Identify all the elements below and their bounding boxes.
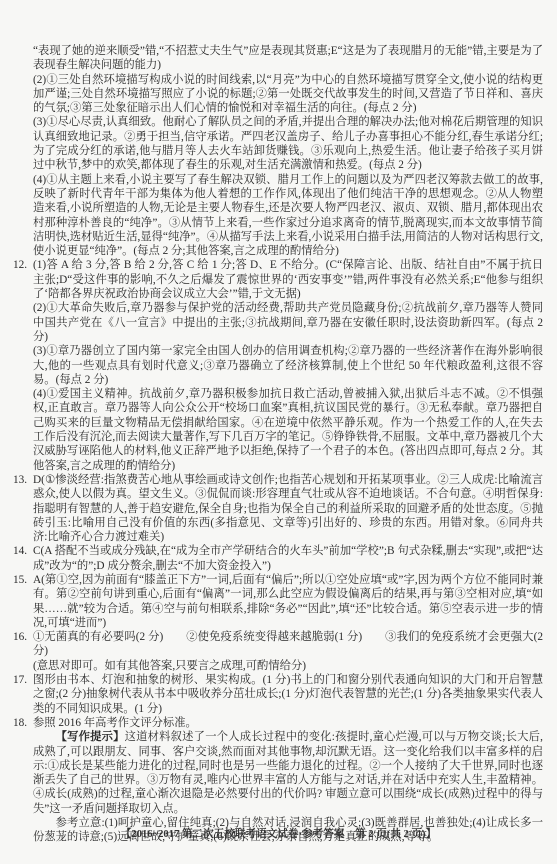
- answer-item-18: 18. 参照 2016 年高考作文评分标准。 【写作提示】这道材料叙述了一个人成…: [13, 716, 543, 845]
- writing-hint-paragraph: 【写作提示】这道材料叙述了一个人成长过程中的变化:孩提时,童心烂漫,可以与万物交…: [33, 730, 543, 816]
- answer-paragraph: A(第①空,因为前面有“膝盖正下方”一词,后面有“偏后”;所以①空处应填“或”字…: [33, 573, 543, 630]
- answer-paragraph: (4)①爱国主义精神。抗战前夕,章乃器积极参加抗日救亡活动,曾被捕入狱,出狱后斗…: [33, 387, 543, 473]
- item-number: 17.: [13, 673, 27, 687]
- answer-paragraph: C(A 搭配不当或成分残缺,在“成为全市产学研结合的火车头”前加“学校”;B 句…: [33, 544, 543, 573]
- answer-paragraph: (2)①大革命失败后,章乃器参与保护党的活动经费,帮助共产党员隐藏身份;②抗战前…: [33, 301, 543, 344]
- item-number: 18.: [13, 716, 27, 730]
- answer-paragraph: 参照 2016 年高考作文评分标准。: [33, 716, 543, 730]
- answer-item-11-continued: “表现了她的逆来顺受”错,“不招惹丈夫生气”应是表现其贤惠;E“这是为了表现腊月…: [13, 44, 543, 258]
- writing-hint-label: 【写作提示】: [56, 731, 125, 743]
- answer-item-15: 15. A(第①空,因为前面有“膝盖正下方”一词,后面有“偏后”;所以①空处应填…: [13, 573, 543, 630]
- answer-paragraph: (3)①章乃器创立了国内第一家完全由国人创办的信用调查机构;②章乃器的一些经济著…: [33, 344, 543, 387]
- answer-item-12: 12. (1)答 A 给 3 分,答 B 给 2 分,答 C 给 1 分;答 D…: [13, 258, 543, 472]
- page-footer: 【2016~2017 第二次五校联考语文试卷·参考答案 第 2 页(共 2 页)…: [0, 828, 557, 842]
- answer-paragraph: (2)①三处自然环境描写构成小说的时间线索,以“月亮”为中心的自然环境描写贯穿全…: [33, 73, 543, 116]
- item-number: 12.: [13, 258, 27, 272]
- item-number: 15.: [13, 573, 27, 587]
- answer-sheet-page: “表现了她的逆来顺受”错,“不招惹丈夫生气”应是表现其贤惠;E“这是为了表现腊月…: [0, 0, 557, 864]
- answer-paragraph: 图形由书本、灯泡和抽象的树形、果实构成。(1 分)书上的门和窗分别代表通向知识的…: [33, 673, 543, 716]
- item-number: 14.: [13, 544, 27, 558]
- answer-paragraph: D(①惨淡经营:指煞费苦心地从事绘画或诗文创作;也指苦心规划和开拓某项事业。②三…: [33, 473, 543, 544]
- answers-content: “表现了她的逆来顺受”错,“不招惹丈夫生气”应是表现其贤惠;E“这是为了表现腊月…: [0, 0, 557, 845]
- answer-item-13: 13. D(①惨淡经营:指煞费苦心地从事绘画或诗文创作;也指苦心规划和开拓某项事…: [13, 473, 543, 544]
- answer-item-17: 17. 图形由书本、灯泡和抽象的树形、果实构成。(1 分)书上的门和窗分别代表通…: [13, 673, 543, 716]
- item-number: 13.: [13, 473, 27, 487]
- answer-paragraph: ①无菌真的有必要吗(2 分) ②使免疫系统变得越来越脆弱(1 分) ③我们的免疫…: [33, 630, 543, 659]
- answer-paragraph: (1)答 A 给 3 分,答 B 给 2 分,答 C 给 1 分;答 D、E 不…: [33, 258, 543, 301]
- item-number: 16.: [13, 630, 27, 644]
- writing-hint-text: 这道材料叙述了一个人成长过程中的变化:孩提时,童心烂漫,可以与万物交谈;长大后,…: [33, 731, 543, 814]
- answer-paragraph: “表现了她的逆来顺受”错,“不招惹丈夫生气”应是表现其贤惠;E“这是为了表现腊月…: [33, 44, 543, 73]
- answer-paragraph: (3)①尽心尽责,认真细致。他耐心了解队员之间的矛盾,并提出合理的解决办法;他对…: [33, 115, 543, 172]
- answer-item-16: 16. ①无菌真的有必要吗(2 分) ②使免疫系统变得越来越脆弱(1 分) ③我…: [13, 630, 543, 673]
- answer-paragraph: (4)①从主题上来看,小说主要写了春生解决双锁、腊月工作上的问题以及为严四老汉筹…: [33, 173, 543, 259]
- answer-paragraph: (意思对即可。如有其他答案,只要言之成理,可酌情给分): [33, 659, 543, 673]
- answer-item-14: 14. C(A 搭配不当或成分残缺,在“成为全市产学研结合的火车头”前加“学校”…: [13, 544, 543, 573]
